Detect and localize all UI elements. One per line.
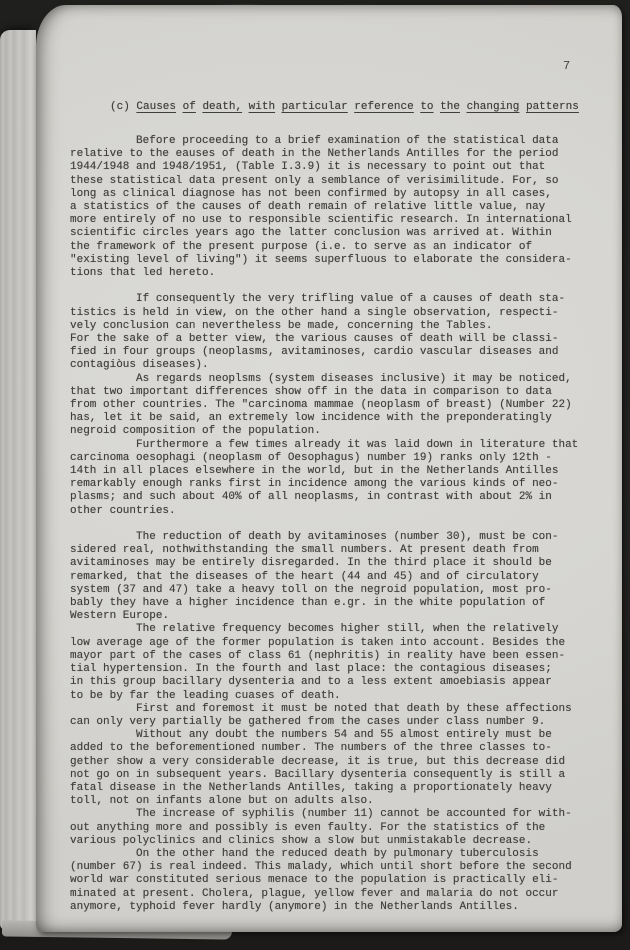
book-page-edges	[0, 30, 36, 930]
paragraph: As regards neoplsms (system diseases inc…	[70, 373, 600, 439]
paragraph: The reduction of death by avitaminoses (…	[70, 531, 600, 623]
page-number: 7	[563, 59, 571, 73]
page-content: 7 (c) Causes of death, with particular r…	[36, 5, 622, 932]
paragraph: If consequently the very trifling value …	[70, 293, 600, 372]
paragraph: On the other hand the reduced death by p…	[70, 848, 600, 914]
document-page: 7 (c) Causes of death, with particular r…	[36, 5, 622, 932]
document-text: Before proceeding to a brief examination…	[70, 135, 600, 914]
paragraph: The relative frequency becomes higher st…	[70, 623, 600, 702]
heading-underlined-text: Causes of death, with particular referen…	[136, 101, 578, 113]
paragraph: First and foremost it must be noted that…	[70, 703, 600, 729]
section-heading: (c) Causes of death, with particular ref…	[110, 100, 610, 114]
paragraph: Furthermore a few times already it was l…	[70, 439, 600, 518]
heading-prefix: (c)	[110, 101, 136, 113]
paragraph: Before proceeding to a brief examination…	[70, 135, 600, 280]
paragraph: Without any doubt the numbers 54 and 55 …	[70, 729, 600, 808]
paragraph: The increase of syphilis (number 11) can…	[70, 808, 600, 848]
photo-background: { "document": { "page_number": "7", "hea…	[0, 0, 630, 950]
